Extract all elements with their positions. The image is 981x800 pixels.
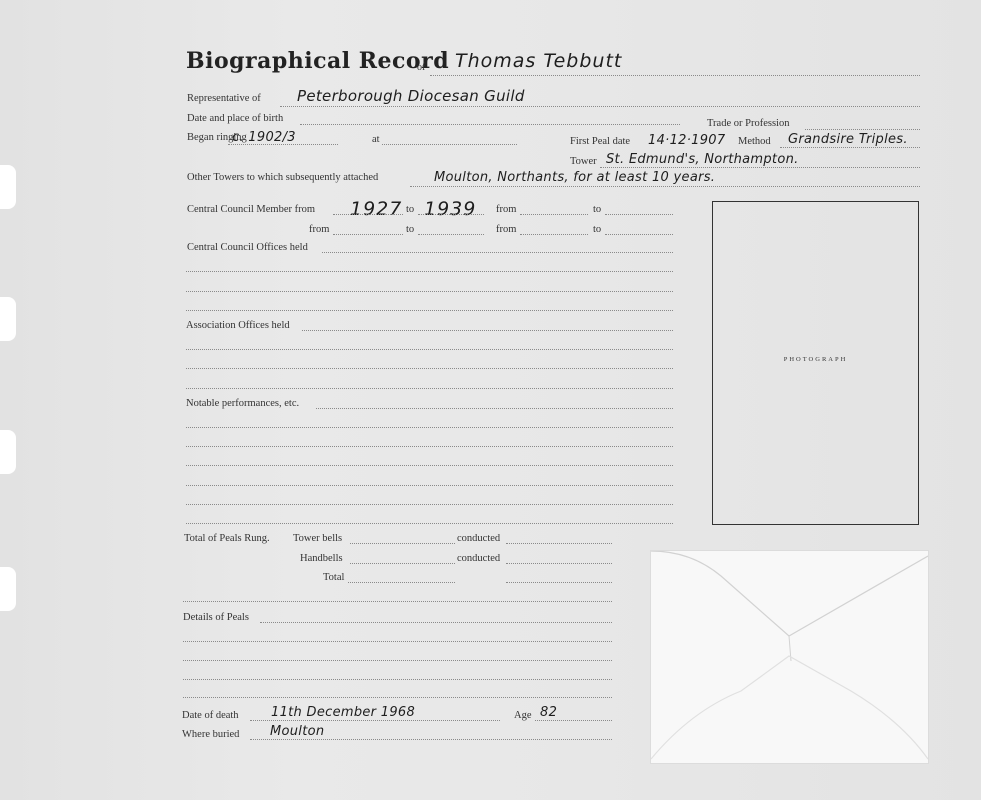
- representative-line: [280, 106, 920, 107]
- council-to-line: [605, 214, 673, 215]
- first-peal-label: First Peal date: [570, 136, 630, 147]
- council-to-line: [418, 234, 484, 235]
- to-label: to: [406, 224, 414, 235]
- handbells-line: [350, 563, 455, 564]
- attached-envelope: [650, 550, 929, 764]
- total-line: [348, 582, 455, 583]
- blank-line: [183, 641, 612, 642]
- at-line: [382, 144, 517, 145]
- association-line: [302, 330, 673, 331]
- tower-value: St. Edmund's, Northampton.: [606, 152, 799, 167]
- to-label: to: [593, 224, 601, 235]
- council-from-line: [333, 214, 403, 215]
- blank-line: [186, 504, 673, 505]
- blank-line: [183, 679, 612, 680]
- details-line: [260, 622, 612, 623]
- blank-line: [186, 368, 673, 369]
- notable-line: [316, 408, 673, 409]
- total-label: Total: [323, 572, 344, 583]
- representative-label: Representative of: [187, 93, 261, 104]
- council-to-line: [418, 214, 484, 215]
- blank-line: [186, 446, 673, 447]
- binder-hole: [0, 430, 16, 474]
- blank-line: [186, 310, 673, 311]
- first-peal-value: 14·12·1907: [648, 133, 725, 148]
- council-to-1: 1939: [424, 198, 476, 220]
- record-page: Biographical Record of Thomas Tebbutt Re…: [0, 0, 981, 800]
- date-of-death-value: 11th December 1968: [271, 705, 415, 720]
- council-member-label: Central Council Member from: [187, 204, 315, 215]
- at-label: at: [372, 134, 380, 145]
- blank-line: [186, 427, 673, 428]
- council-from-1: 1927: [350, 198, 402, 220]
- birth-line: [300, 124, 680, 125]
- where-buried-value: Moulton: [270, 724, 324, 739]
- other-towers-label: Other Towers to which subsequently attac…: [187, 172, 378, 183]
- blank-line: [183, 660, 612, 661]
- conducted-line: [506, 543, 612, 544]
- council-from-line: [520, 234, 588, 235]
- blank-line: [186, 465, 673, 466]
- to-label: to: [593, 204, 601, 215]
- blank-line: [186, 349, 673, 350]
- notable-label: Notable performances, etc.: [186, 398, 299, 409]
- council-from-line: [520, 214, 588, 215]
- blank-line: [186, 271, 673, 272]
- council-from-line: [333, 234, 403, 235]
- tower-bells-label: Tower bells: [293, 533, 342, 544]
- method-line: [780, 147, 920, 148]
- age-label: Age: [514, 710, 532, 721]
- age-line: [535, 720, 612, 721]
- to-label: to: [406, 204, 414, 215]
- blank-line: [186, 388, 673, 389]
- total-conducted-line: [506, 582, 612, 583]
- tower-line: [600, 167, 920, 168]
- blank-line: [186, 291, 673, 292]
- buried-line: [250, 739, 612, 740]
- handbells-label: Handbells: [300, 553, 343, 564]
- began-ringing-value: c. 1902/3: [232, 130, 296, 145]
- council-offices-label: Central Council Offices held: [187, 242, 308, 253]
- representative-value: Peterborough Diocesan Guild: [297, 87, 525, 105]
- blank-line: [183, 601, 612, 602]
- method-value: Grandsire Triples.: [788, 132, 908, 147]
- birth-label: Date and place of birth: [187, 113, 283, 124]
- method-label: Method: [738, 136, 771, 147]
- subject-name: Thomas Tebbutt: [455, 50, 622, 72]
- total-peals-label: Total of Peals Rung.: [184, 533, 270, 544]
- blank-line: [183, 697, 612, 698]
- death-line: [250, 720, 500, 721]
- conducted-label: conducted: [457, 553, 500, 564]
- association-offices-label: Association Offices held: [186, 320, 290, 331]
- binder-hole: [0, 165, 16, 209]
- blank-line: [186, 485, 673, 486]
- age-value: 82: [540, 705, 557, 720]
- council-offices-line: [322, 252, 673, 253]
- trade-label: Trade or Profession: [707, 118, 789, 129]
- other-towers-value: Moulton, Northants, for at least 10 year…: [434, 170, 715, 185]
- council-to-line: [605, 234, 673, 235]
- details-peals-label: Details of Peals: [183, 612, 249, 623]
- began-line: [228, 144, 338, 145]
- envelope-flap-icon: [651, 551, 928, 763]
- binder-hole: [0, 567, 16, 611]
- photograph-box: PHOTOGRAPH: [712, 201, 919, 525]
- of-label: of: [417, 62, 425, 73]
- record-heading: Biographical Record: [186, 48, 449, 74]
- trade-line: [805, 129, 920, 130]
- other-towers-line: [410, 186, 920, 187]
- from-label: from: [496, 204, 516, 215]
- photograph-label: PHOTOGRAPH: [713, 356, 918, 363]
- binder-hole: [0, 297, 16, 341]
- date-of-death-label: Date of death: [182, 710, 239, 721]
- from-label: from: [496, 224, 516, 235]
- conducted-line: [506, 563, 612, 564]
- tower-label: Tower: [570, 156, 597, 167]
- tower-bells-line: [350, 543, 455, 544]
- from-label: from: [309, 224, 329, 235]
- conducted-label: conducted: [457, 533, 500, 544]
- blank-line: [186, 523, 673, 524]
- name-line: [430, 75, 920, 76]
- where-buried-label: Where buried: [182, 729, 239, 740]
